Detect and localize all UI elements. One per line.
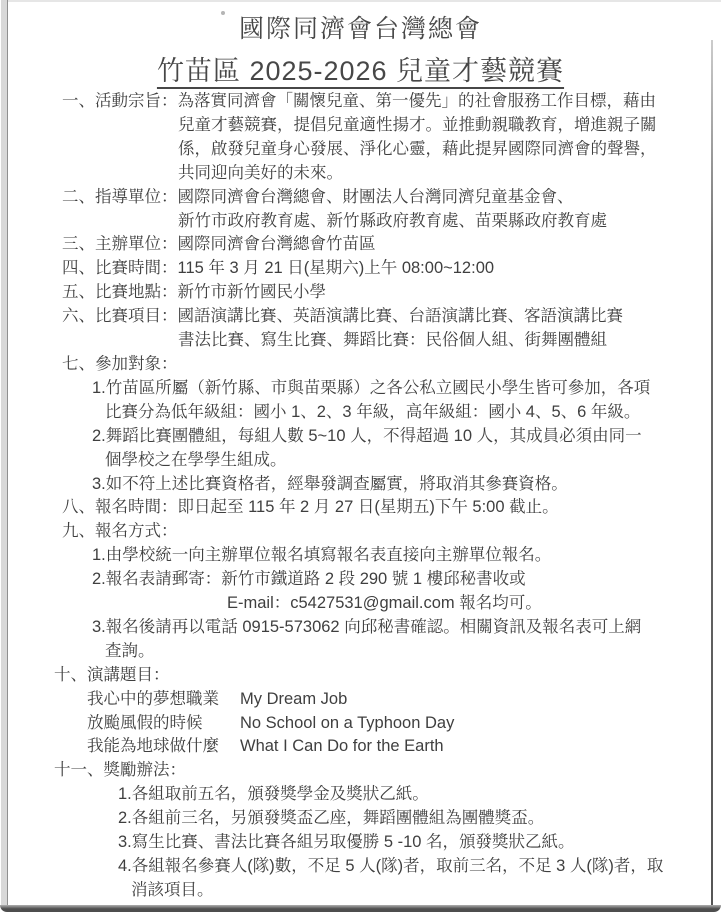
scan-edge-left (0, 0, 8, 908)
item-9-sub-3: 3.報名後請再以電話 0915-573062 向邱秘書確認。相關資訊及報名表可上… (92, 616, 707, 664)
document-subtitle: 竹苗區 2025-2026 兒童才藝競賽 (0, 49, 721, 88)
speech-topic-row-1: 我心中的夢想職業My Dream Job (87, 688, 707, 712)
item-11-sub-4: 4.各組報名參賽人(隊)數，不足 5 人(隊)者，取前三名，不足 3 人(隊)者… (118, 855, 707, 903)
item-2-label: 二、指導單位： (62, 188, 178, 206)
item-7-sub-2: 2.舞蹈比賽團體組，每組人數 5~10 人，不得超過 10 人，其成員必須由同一… (92, 425, 707, 473)
topic-3-chinese: 我能為地球做什麼 (87, 735, 240, 759)
item-2-text: 國際同濟會台灣總會、財團法人台灣同濟兒童基金會、 新竹市政府教育處、新竹縣政府教… (178, 188, 608, 230)
document-title: 國際同濟會台灣總會 (0, 0, 721, 45)
scan-edge-top (0, 0, 721, 2)
item-5-venue: 五、比賽地點：新竹市新竹國民小學 (62, 281, 707, 305)
item-3-text: 國際同濟會台灣總會竹苗區 (178, 235, 376, 253)
speech-topic-row-2: 放颱風假的時候No School on a Typhoon Day (87, 712, 707, 736)
scan-edge-bottom (0, 905, 721, 912)
document-subtitle-text: 竹苗區 2025-2026 兒童才藝競賽 (157, 56, 564, 86)
item-10-speech-topics-heading: 十、演講題目： (54, 664, 707, 688)
topic-2-english: No School on a Typhoon Day (240, 714, 454, 732)
topic-1-chinese: 我心中的夢想職業 (87, 688, 240, 712)
scan-speck (221, 11, 225, 15)
item-11-awards-heading: 十一、獎勵辦法： (54, 759, 707, 783)
item-7-label: 七、參加對象： (62, 355, 178, 373)
speech-topic-row-3: 我能為地球做什麼What I Can Do for the Earth (87, 735, 707, 759)
item-1-purpose: 一、活動宗旨：為落實同濟會「關懷兒童、第一優先」的社會服務工作目標，藉由 兒童才… (62, 90, 707, 186)
item-8-registration-deadline: 八、報名時間：即日起至 115 年 2 月 27 日(星期五)下午 5:00 截… (62, 496, 707, 520)
topic-1-english: My Dream Job (240, 690, 347, 708)
item-8-label: 八、報名時間： (62, 498, 178, 516)
item-9-sub-2: 2.報名表請郵寄：新竹市鐵道路 2 段 290 號 1 樓邱秘書收或 (92, 568, 707, 592)
item-9-label: 九、報名方式： (62, 522, 178, 540)
item-4-label: 四、比賽時間： (62, 259, 178, 277)
topic-2-chinese: 放颱風假的時候 (87, 712, 240, 736)
item-11-sub-3: 3.寫生比賽、書法比賽各組另取優勝 5 -10 名，頒發獎狀乙紙。 (118, 831, 707, 855)
item-5-label: 五、比賽地點： (62, 283, 178, 301)
item-6-text: 國語演講比賽、英語演講比賽、台語演講比賽、客語演講比賽 書法比賽、寫生比賽、舞蹈… (178, 307, 624, 349)
item-10-label: 十、演講題目： (54, 666, 170, 684)
item-4-competition-time: 四、比賽時間：115 年 3 月 21 日(星期六)上午 08:00~12:00 (62, 257, 707, 281)
item-7-eligibility-heading: 七、參加對象： (62, 353, 707, 377)
scan-edge-right (711, 40, 713, 908)
item-1-text: 為落實同濟會「關懷兒童、第一優先」的社會服務工作目標，藉由 兒童才藝競賽，提倡兒… (178, 92, 657, 182)
document-body: 一、活動宗旨：為落實同濟會「關懷兒童、第一優先」的社會服務工作目標，藉由 兒童才… (0, 90, 707, 903)
item-6-events: 六、比賽項目：國語演講比賽、英語演講比賽、台語演講比賽、客語演講比賽 書法比賽、… (62, 305, 707, 353)
registration-email-line: E-mail：c5427531@gmail.com 報名均可。 (227, 592, 707, 616)
item-6-label: 六、比賽項目： (62, 307, 178, 325)
item-9-registration-method-heading: 九、報名方式： (62, 520, 707, 544)
item-3-label: 三、主辦單位： (62, 235, 178, 253)
item-2-advisory-units: 二、指導單位：國際同濟會台灣總會、財團法人台灣同濟兒童基金會、 新竹市政府教育處… (62, 186, 707, 234)
item-11-label: 十一、獎勵辦法： (54, 761, 186, 779)
topic-3-english: What I Can Do for the Earth (240, 737, 444, 755)
item-4-text: 115 年 3 月 21 日(星期六)上午 08:00~12:00 (178, 259, 495, 277)
document-page: 國際同濟會台灣總會 竹苗區 2025-2026 兒童才藝競賽 一、活動宗旨：為落… (0, 0, 721, 912)
item-7-sub-3: 3.如不符上述比賽資格者，經舉發調查屬實，將取消其參賽資格。 (92, 473, 707, 497)
item-7-sub-1: 1.竹苗區所屬（新竹縣、市與苗栗縣）之各公私立國民小學生皆可參加，各項 比賽分為… (92, 377, 707, 425)
item-11-sub-1: 1.各組取前五名，頒發獎學金及獎狀乙紙。 (118, 783, 707, 807)
item-1-label: 一、活動宗旨： (62, 92, 178, 110)
item-5-text: 新竹市新竹國民小學 (178, 283, 327, 301)
item-11-sub-2: 2.各組前三名，另頒發獎盃乙座，舞蹈團體組為團體獎盃。 (118, 807, 707, 831)
item-8-text: 即日起至 115 年 2 月 27 日(星期五)下午 5:00 截止。 (178, 498, 559, 516)
item-9-sub-1: 1.由學校統一向主辦單位報名填寫報名表直接向主辦單位報名。 (92, 544, 707, 568)
item-3-organizer: 三、主辦單位：國際同濟會台灣總會竹苗區 (62, 233, 707, 257)
